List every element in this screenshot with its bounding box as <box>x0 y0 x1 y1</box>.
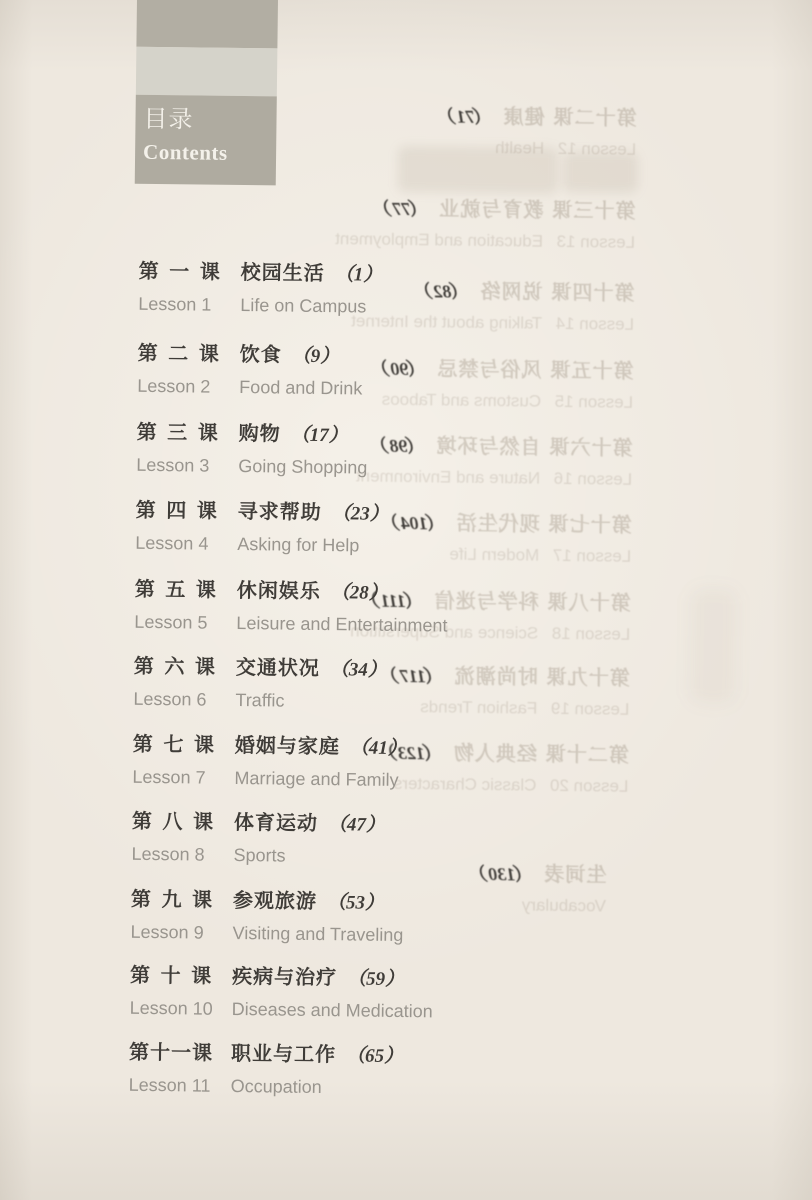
lesson-subtitle-en: Traffic <box>235 689 284 712</box>
toc-header-box: 目录 Contents <box>135 0 278 185</box>
bleedthrough-blob <box>398 146 559 194</box>
lesson-number-cn: 第 八 课 <box>132 809 234 836</box>
lesson-subheading-en: Lesson 4Asking for Help <box>135 532 735 561</box>
lesson-subtitle-en: Food and Drink <box>239 376 362 400</box>
lesson-subheading-en: Lesson 1Life on Campus <box>138 293 738 322</box>
toc-row: 第 九 课参观旅游（53） Lesson 9Visiting and Trave… <box>130 887 731 950</box>
lesson-title-cn: 休闲娱乐 <box>237 578 321 605</box>
lesson-number-cn: 第 三 课 <box>137 420 239 447</box>
lesson-number-cn: 第 二 课 <box>137 341 239 368</box>
lesson-heading-cn: 第 七 课婚姻与家庭（41） <box>133 732 733 766</box>
toc-list: 第 一 课校园生活（1） Lesson 1Life on Campus 第 二 … <box>0 0 812 5</box>
lesson-number-cn: 第 九 课 <box>131 887 233 914</box>
ghost-lesson-page-number: （71） <box>438 103 492 130</box>
lesson-label-en: Lesson 6 <box>133 688 235 711</box>
lesson-heading-cn: 第 三 课购物（17） <box>137 420 737 454</box>
lesson-heading-cn: 第 二 课饮食（9） <box>137 341 737 375</box>
lesson-label-en: Lesson 9 <box>130 921 232 944</box>
toc-row: 第 一 课校园生活（1） Lesson 1Life on Campus <box>138 259 739 322</box>
lesson-label-en: Lesson 3 <box>136 454 238 477</box>
lesson-number-cn: 第 十 课 <box>130 963 232 990</box>
lesson-label-en: Lesson 1 <box>138 293 240 316</box>
ghost-lesson-subtitle-en: Health <box>495 137 544 160</box>
ghost-lesson-label-en: Lesson 13 <box>543 231 635 254</box>
header-band-light <box>136 47 278 97</box>
lesson-title-cn: 交通状况 <box>236 655 320 682</box>
lesson-number-cn: 第十一课 <box>129 1040 231 1067</box>
lesson-label-en: Lesson 10 <box>130 997 232 1020</box>
toc-row: 第 二 课饮食（9） Lesson 2Food and Drink <box>137 341 738 404</box>
toc-row: 第 八 课体育运动（47） Lesson 8Sports <box>131 809 732 872</box>
toc-row: 第 四 课寻求帮助（23） Lesson 4Asking for Help <box>135 498 736 561</box>
lesson-page-number: （47） <box>328 812 385 839</box>
page-smudge <box>689 589 736 705</box>
lesson-title-cn: 参观旅游 <box>233 888 317 915</box>
header-band-main: 目录 Contents <box>135 95 277 186</box>
lesson-heading-cn: 第 九 课参观旅游（53） <box>131 887 731 921</box>
lesson-title-cn: 婚姻与家庭 <box>235 733 340 760</box>
lesson-heading-cn: 第 五 课休闲娱乐（28） <box>135 577 735 611</box>
toc-title-en: Contents <box>143 139 276 167</box>
page-content: 第十二课健康（71） Lesson 12Health 第十三课教育与就业（77）… <box>0 0 812 1200</box>
lesson-subheading-en: Lesson 11Occupation <box>129 1074 729 1103</box>
lesson-heading-cn: 第十一课职业与工作（65） <box>129 1040 729 1074</box>
lesson-subtitle-en: Marriage and Family <box>234 767 398 791</box>
lesson-label-en: Lesson 2 <box>137 375 239 398</box>
lesson-subheading-en: Lesson 10Diseases and Medication <box>130 997 730 1026</box>
lesson-heading-cn: 第 八 课体育运动（47） <box>132 809 732 843</box>
bleedthrough-row: 第十三课教育与就业（77） Lesson 13Education and Emp… <box>155 193 636 254</box>
lesson-heading-cn: 第 四 课寻求帮助（23） <box>136 498 736 532</box>
ghost-lesson-number-cn: 第十二课 <box>544 105 636 132</box>
lesson-subheading-en: Lesson 2Food and Drink <box>137 375 737 404</box>
toc-row: 第 五 课休闲娱乐（28） Lesson 5Leisure and Entert… <box>134 577 735 640</box>
lesson-title-cn: 校园生活 <box>240 260 324 287</box>
toc-row: 第十一课职业与工作（65） Lesson 11Occupation <box>129 1040 730 1103</box>
lesson-label-en: Lesson 5 <box>134 611 236 634</box>
lesson-heading-cn: 第 六 课交通状况（34） <box>134 654 734 688</box>
lesson-title-cn: 体育运动 <box>234 810 318 837</box>
lesson-label-en: Lesson 11 <box>129 1074 231 1097</box>
lesson-page-number: （1） <box>334 262 382 289</box>
lesson-page-number: （41） <box>350 735 407 762</box>
lesson-number-cn: 第 七 课 <box>133 732 235 759</box>
ghost-lesson-number-cn: 第十三课 <box>543 198 635 225</box>
lesson-subheading-en: Lesson 5Leisure and Entertainment <box>134 611 734 640</box>
lesson-subtitle-en: Asking for Help <box>237 533 359 556</box>
lesson-page-number: （59） <box>347 966 404 993</box>
ghost-lesson-page-number: （77） <box>374 196 428 223</box>
lesson-page-number: （9） <box>291 344 339 371</box>
lesson-subheading-en: Lesson 3Going Shopping <box>136 454 736 483</box>
lesson-page-number: （53） <box>327 890 384 917</box>
lesson-number-cn: 第 五 课 <box>135 577 237 604</box>
lesson-page-number: （17） <box>291 423 348 450</box>
toc-row: 第 三 课购物（17） Lesson 3Going Shopping <box>136 420 737 483</box>
lesson-subheading-en: Lesson 7Marriage and Family <box>132 766 732 795</box>
lesson-page-number: （28） <box>331 580 388 607</box>
ghost-lesson-title-cn: 健康 <box>502 104 544 131</box>
lesson-subtitle-en: Going Shopping <box>238 455 367 479</box>
lesson-heading-cn: 第 十 课疾病与治疗（59） <box>130 963 730 997</box>
lesson-subtitle-en: Visiting and Traveling <box>232 922 403 946</box>
lesson-title-cn: 寻求帮助 <box>238 499 322 526</box>
lesson-page-number: （23） <box>332 501 389 528</box>
bleedthrough-blob <box>563 152 638 193</box>
lesson-title-cn: 饮食 <box>239 342 281 369</box>
lesson-subtitle-en: Sports <box>233 844 285 867</box>
lesson-subheading-en: Lesson 9Visiting and Traveling <box>130 921 730 950</box>
lesson-title-cn: 购物 <box>239 421 281 448</box>
ghost-lesson-subtitle-en: Education and Employment <box>335 228 543 253</box>
lesson-subheading-en: Lesson 8Sports <box>131 843 731 872</box>
lesson-label-en: Lesson 8 <box>131 843 233 866</box>
lesson-subtitle-en: Leisure and Entertainment <box>236 612 447 637</box>
toc-row: 第 七 课婚姻与家庭（41） Lesson 7Marriage and Fami… <box>132 732 733 795</box>
ghost-lesson-label-en: Lesson 12 <box>544 138 636 161</box>
lesson-number-cn: 第 四 课 <box>136 498 238 525</box>
book-page-photo: 第十二课健康（71） Lesson 12Health 第十三课教育与就业（77）… <box>0 0 812 1200</box>
header-band-top <box>136 0 278 48</box>
lesson-title-cn: 疾病与治疗 <box>232 964 337 991</box>
toc-title-cn: 目录 <box>143 105 276 137</box>
lesson-title-cn: 职业与工作 <box>231 1041 336 1068</box>
lesson-subtitle-en: Occupation <box>231 1075 322 1098</box>
lesson-subtitle-en: Diseases and Medication <box>232 998 433 1022</box>
toc-row: 第 六 课交通状况（34） Lesson 6Traffic <box>133 654 734 717</box>
lesson-page-number: （34） <box>330 657 387 684</box>
lesson-heading-cn: 第 一 课校园生活（1） <box>138 259 738 293</box>
lesson-subheading-en: Lesson 6Traffic <box>133 688 733 717</box>
lesson-label-en: Lesson 4 <box>135 532 237 555</box>
lesson-page-number: （65） <box>346 1043 403 1070</box>
lesson-number-cn: 第 六 课 <box>134 654 236 681</box>
toc-row: 第 十 课疾病与治疗（59） Lesson 10Diseases and Med… <box>130 963 731 1026</box>
lesson-number-cn: 第 一 课 <box>139 259 241 286</box>
lesson-label-en: Lesson 7 <box>132 766 234 789</box>
ghost-lesson-title-cn: 教育与就业 <box>438 196 543 223</box>
lesson-subtitle-en: Life on Campus <box>240 294 366 318</box>
